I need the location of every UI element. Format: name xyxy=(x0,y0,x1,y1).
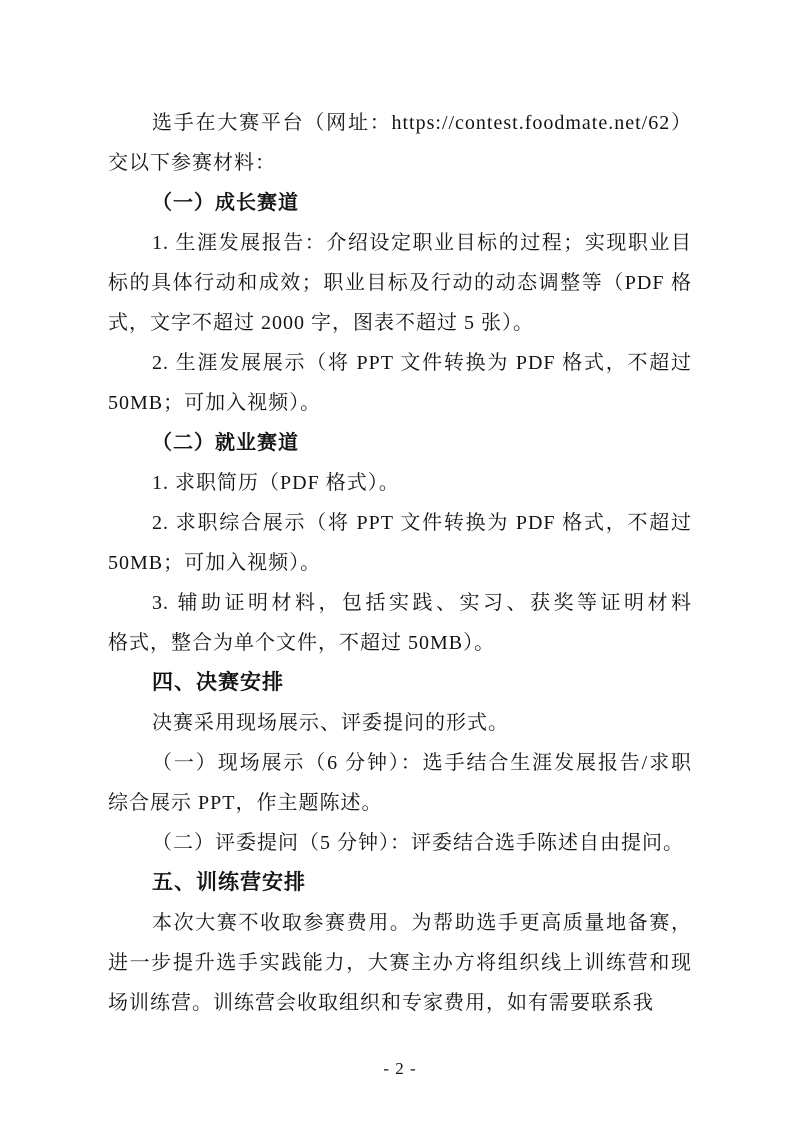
text-line: 2. 生涯发展展示（将 PPT 文件转换为 PDF 格式，不超过 xyxy=(108,343,692,383)
text-line: 本次大赛不收取参赛费用。为帮助选手更高质量地备赛， xyxy=(108,903,692,943)
document-page: 选手在大赛平台（网址：https://contest.foodmate.net/… xyxy=(0,0,800,1131)
text-line: 交以下参赛材料： xyxy=(108,143,692,183)
text-line: （一）现场展示（6 分钟）：选手结合生涯发展报告/求职 xyxy=(108,743,692,783)
text-line: 2. 求职综合展示（将 PPT 文件转换为 PDF 格式，不超过 xyxy=(108,503,692,543)
text-line: 进一步提升选手实践能力，大赛主办方将组织线上训练营和现 xyxy=(108,943,692,983)
text-line: 场训练营。训练营会收取组织和专家费用，如有需要联系我们。 xyxy=(108,983,692,1023)
text-line: 标的具体行动和成效；职业目标及行动的动态调整等（PDF 格 xyxy=(108,263,692,303)
text-line: 格式，整合为单个文件，不超过 50MB）。 xyxy=(108,623,692,663)
text-line: 决赛采用现场展示、评委提问的形式。 xyxy=(108,703,692,743)
text-line: 选手在大赛平台（网址：https://contest.foodmate.net/… xyxy=(108,103,692,143)
text-line: 3. 辅助证明材料，包括实践、实习、获奖等证明材料（PDF xyxy=(108,583,692,623)
text-line: （二）评委提问（5 分钟）：评委结合选手陈述自由提问。 xyxy=(108,823,692,863)
text-line: 50MB；可加入视频）。 xyxy=(108,543,692,583)
text-line: 1. 求职简历（PDF 格式）。 xyxy=(108,463,692,503)
text-line: 50MB；可加入视频）。 xyxy=(108,383,692,423)
text-line: 综合展示 PPT，作主题陈述。 xyxy=(108,783,692,823)
section-heading: 四、决赛安排 xyxy=(108,663,692,703)
text-line: 1. 生涯发展报告：介绍设定职业目标的过程；实现职业目 xyxy=(108,223,692,263)
text-line: 式，文字不超过 2000 字，图表不超过 5 张）。 xyxy=(108,303,692,343)
section-heading: （一）成长赛道 xyxy=(108,183,692,223)
section-heading: 五、训练营安排 xyxy=(108,863,692,903)
document-body: 选手在大赛平台（网址：https://contest.foodmate.net/… xyxy=(108,103,692,1023)
section-heading: （二）就业赛道 xyxy=(108,423,692,463)
page-number: - 2 - xyxy=(0,1051,800,1087)
